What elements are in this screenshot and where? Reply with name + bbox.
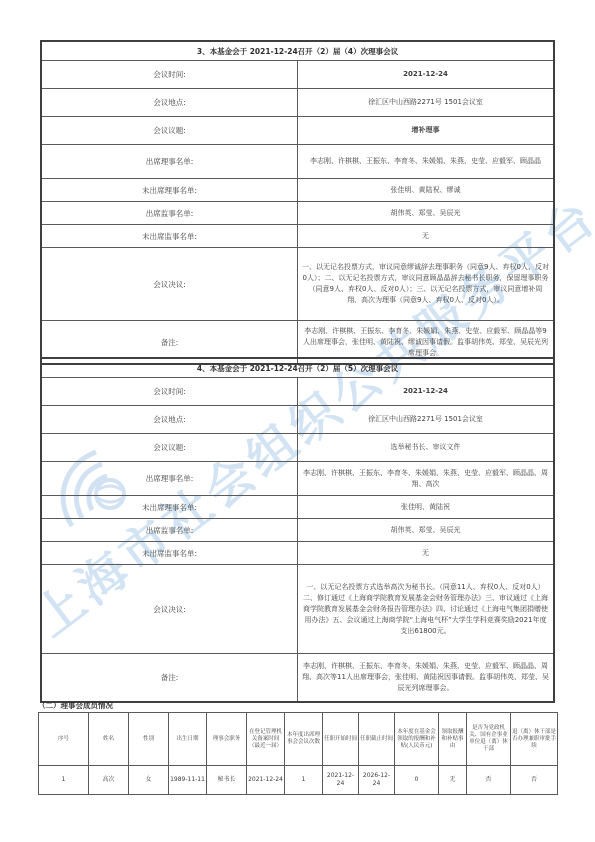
- meeting-3-table: 3、本基金会于 2021-12-24召开（2）届（4）次理事会议 会议时间:20…: [40, 40, 555, 365]
- present-directors-value: 李志刚、许棋棋、王振东、李育冬、朱媛娟、朱燕、史莹、应毅军、顾晶晶: [298, 145, 555, 179]
- cell-term-start: 2021-12-24: [323, 766, 359, 795]
- cell-attendance-count: 1: [285, 766, 323, 795]
- cell-remuneration-reason: 无: [439, 766, 467, 795]
- table-row: 会议地点:徐汇区中山西路2271号 1501会议室: [41, 406, 554, 434]
- resolution-label: 会议决议:: [41, 565, 298, 654]
- meeting-topic-label: 会议议题:: [41, 434, 298, 462]
- table-row: 未出席理事名单:张佳明、黄陆祝、缪诚: [41, 179, 554, 202]
- present-directors-label: 出席理事名单:: [41, 462, 298, 496]
- present-directors-value: 李志刚、许棋棋、王振东、李育冬、朱媛娟、朱燕、史莹、应毅军、顾晶晶、周翔、高次: [298, 462, 555, 496]
- table-row: 会议议题:选举秘书长、审议文件: [41, 434, 554, 462]
- table-row: 会议时间:2021-12-24: [41, 378, 554, 406]
- absent-supervisors-label: 未出席监事名单:: [41, 225, 298, 248]
- absent-directors-label: 未出席理事名单:: [41, 179, 298, 202]
- cell-registration-time: 2021-12-24: [247, 766, 285, 795]
- cell-gender: 女: [129, 766, 169, 795]
- meeting-time-value: 2021-12-24: [298, 61, 555, 89]
- table-row: 1 高次 女 1989-11-11 秘书长 2021-12-24 1 2021-…: [39, 766, 558, 795]
- table-row: 会议决议:一、以无记名投票方式选举高次为秘书长。（同意11人、弃权0人、反对0人…: [41, 565, 554, 654]
- col-gender: 性别: [129, 713, 169, 766]
- cell-position: 秘书长: [207, 766, 247, 795]
- col-remuneration: 本年度在基金会领取的报酬和补贴(人民币元): [395, 713, 439, 766]
- resolution-value: 一、以无记名投票方式，审议同意缪诚辞去理事职务（同意9人、弃权0人、反对0人）；…: [298, 248, 555, 321]
- table-row: 出席监事名单:胡伟英、郑莹、吴辰光: [41, 202, 554, 225]
- present-supervisors-value: 胡伟英、郑莹、吴辰光: [298, 202, 555, 225]
- meeting-topic-label: 会议议题:: [41, 117, 298, 145]
- board-members-table: 序号 姓名 性别 出生日期 理事会职务 在登记管理机关备案时间（最近一届） 本年…: [38, 712, 558, 795]
- present-supervisors-value: 胡伟英、郑莹、吴辰光: [298, 519, 555, 542]
- present-directors-label: 出席理事名单:: [41, 145, 298, 179]
- absent-supervisors-label: 未出席监事名单:: [41, 542, 298, 565]
- col-remuneration-reason: 领取报酬和补贴事由: [439, 713, 467, 766]
- table-row: 出席理事名单:李志刚、许棋棋、王振东、李育冬、朱媛娟、朱燕、史莹、应毅军、顾晶晶: [41, 145, 554, 179]
- col-retired-approval: 退（离）休干部是否办理兼职审批手续: [511, 713, 558, 766]
- table-row: 出席监事名单:胡伟英、郑莹、吴辰光: [41, 519, 554, 542]
- col-term-end: 任职截止时间: [359, 713, 395, 766]
- table-row: 3、本基金会于 2021-12-24召开（2）届（4）次理事会议: [41, 41, 554, 61]
- document-page: 3、本基金会于 2021-12-24召开（2）届（4）次理事会议 会议时间:20…: [0, 0, 595, 842]
- absent-supervisors-value: 无: [298, 542, 555, 565]
- meeting-place-label: 会议地点:: [41, 406, 298, 434]
- table-row: 会议地点:徐汇区中山西路2271号 1501会议室: [41, 89, 554, 117]
- table-row: 会议时间:2021-12-24: [41, 61, 554, 89]
- meeting-place-value: 徐汇区中山西路2271号 1501会议室: [298, 406, 555, 434]
- cell-retired-approval: 否: [511, 766, 558, 795]
- meeting-topic-value: 增补理事: [298, 117, 555, 145]
- meeting-topic-value: 选举秘书长、审议文件: [298, 434, 555, 462]
- table-row: 备注:李志刚、许棋棋、王振东、李育冬、朱媛娟、朱燕、史莹、应毅军、顾晶晶、周翔、…: [41, 654, 554, 703]
- cell-birthdate: 1989-11-11: [169, 766, 207, 795]
- meeting-time-label: 会议时间:: [41, 378, 298, 406]
- resolution-label: 会议决议:: [41, 248, 298, 321]
- table-row: 未出席监事名单:无: [41, 542, 554, 565]
- table-row: 会议决议:一、以无记名投票方式，审议同意缪诚辞去理事职务（同意9人、弃权0人、反…: [41, 248, 554, 321]
- remark-value: 李志刚、许棋棋、王振东、李育冬、朱媛娟、朱燕、史莹、应毅军、顾晶晶、周翔、高次等…: [298, 654, 555, 703]
- absent-directors-label: 未出席理事名单:: [41, 496, 298, 519]
- col-position: 理事会职务: [207, 713, 247, 766]
- meeting-place-label: 会议地点:: [41, 89, 298, 117]
- meeting-4-title: 4、本基金会于 2021-12-24召开（2）届（5）次理事会议: [41, 358, 554, 378]
- meeting-3-title: 3、本基金会于 2021-12-24召开（2）届（4）次理事会议: [41, 41, 554, 61]
- cell-remuneration: 0: [395, 766, 439, 795]
- table-row: 4、本基金会于 2021-12-24召开（2）届（5）次理事会议: [41, 358, 554, 378]
- remark-label: 备注:: [41, 654, 298, 703]
- table-row: 未出席理事名单:张佳明、黄陆祝: [41, 496, 554, 519]
- cell-name: 高次: [89, 766, 129, 795]
- col-registration-time: 在登记管理机关备案时间（最近一届）: [247, 713, 285, 766]
- absent-directors-value: 张佳明、黄陆祝: [298, 496, 555, 519]
- col-retired-cadre: 是否为党政机关、国有企事业单位退（离）休干部: [467, 713, 511, 766]
- absent-supervisors-value: 无: [298, 225, 555, 248]
- absent-directors-value: 张佳明、黄陆祝、缪诚: [298, 179, 555, 202]
- col-term-start: 任职开始时间: [323, 713, 359, 766]
- table-header-row: 序号 姓名 性别 出生日期 理事会职务 在登记管理机关备案时间（最近一届） 本年…: [39, 713, 558, 766]
- cell-retired-cadre: 否: [467, 766, 511, 795]
- table-row: 会议议题:增补理事: [41, 117, 554, 145]
- members-section-heading: （二）理事会成员情况: [38, 700, 113, 711]
- resolution-value: 一、以无记名投票方式选举高次为秘书长。（同意11人、弃权0人、反对0人）二、修订…: [298, 565, 555, 654]
- meeting-4-table: 4、本基金会于 2021-12-24召开（2）届（5）次理事会议 会议时间:20…: [40, 357, 555, 703]
- present-supervisors-label: 出席监事名单:: [41, 202, 298, 225]
- cell-index: 1: [39, 766, 89, 795]
- meeting-time-value: 2021-12-24: [298, 378, 555, 406]
- meeting-time-label: 会议时间:: [41, 61, 298, 89]
- table-row: 未出席监事名单:无: [41, 225, 554, 248]
- cell-term-end: 2026-12-24: [359, 766, 395, 795]
- col-attendance-count: 本年度出席理事会会议次数: [285, 713, 323, 766]
- table-row: 出席理事名单:李志刚、许棋棋、王振东、李育冬、朱媛娟、朱燕、史莹、应毅军、顾晶晶…: [41, 462, 554, 496]
- col-birthdate: 出生日期: [169, 713, 207, 766]
- meeting-place-value: 徐汇区中山西路2271号 1501会议室: [298, 89, 555, 117]
- col-name: 姓名: [89, 713, 129, 766]
- col-index: 序号: [39, 713, 89, 766]
- present-supervisors-label: 出席监事名单:: [41, 519, 298, 542]
